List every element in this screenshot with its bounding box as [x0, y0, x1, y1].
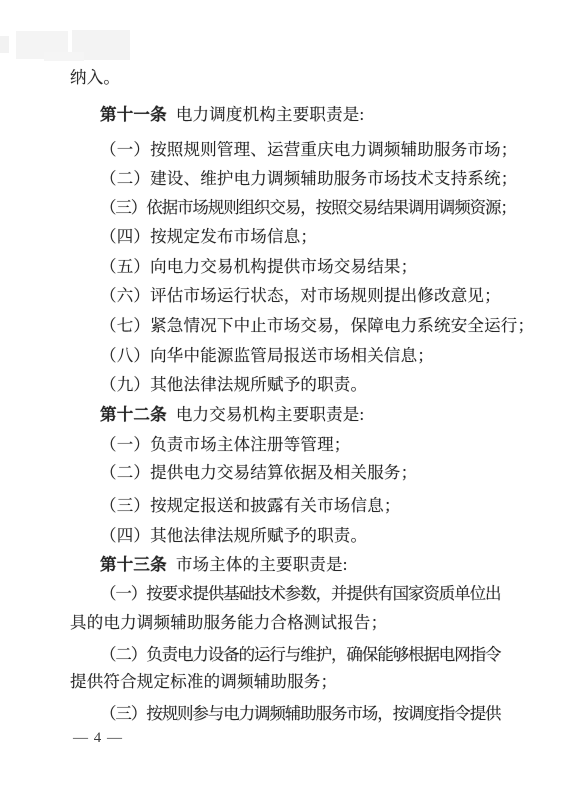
article-heading-12: 第十二条电力交易机构主要职责是:	[100, 403, 364, 426]
list-item: （二）建设、维护电力调频辅助服务市场技术支持系统；	[100, 167, 518, 190]
list-item: （一）负责市场主体注册等管理；	[100, 433, 351, 456]
article-title: 电力调度机构主要职责是:	[176, 105, 364, 124]
article-heading-11: 第十一条电力调度机构主要职责是:	[100, 103, 364, 126]
article-number: 第十一条	[100, 105, 167, 124]
list-item: （一）按要求提供基础技术参数，并提供有国家资质单位出	[100, 582, 500, 605]
paragraph-continuation: 纳入。	[70, 66, 120, 89]
list-item: （三）按规则参与电力调频辅助服务市场，按调度指令提供	[100, 702, 500, 725]
scan-artifact	[0, 36, 9, 53]
article-heading-13: 第十三条市场主体的主要职责是:	[100, 553, 348, 576]
list-item-continuation: 具的电力调频辅助服务能力合格测试报告；	[70, 611, 387, 634]
list-item: （六）评估市场运行状态，对市场规则提出修改意见；	[100, 284, 501, 307]
list-item-continuation: 提供符合规定标准的调频辅助服务；	[70, 670, 337, 693]
list-item: （四）按规定发布市场信息；	[100, 225, 317, 248]
list-item: （九）其他法律法规所赋予的职责。	[100, 373, 367, 396]
article-number: 第十三条	[100, 555, 167, 574]
scan-artifact	[44, 52, 84, 61]
article-number: 第十二条	[100, 405, 167, 424]
list-item: （三）按规定报送和披露有关市场信息；	[100, 494, 401, 517]
list-item: （二）负责电力设备的运行与维护，确保能够根据电网指令	[100, 643, 500, 666]
list-item: （八）向华中能源监管局报送市场相关信息；	[100, 344, 434, 367]
list-item: （二）提供电力交易结算依据及相关服务；	[100, 461, 417, 484]
article-title: 电力交易机构主要职责是:	[176, 405, 364, 424]
list-item: （三）依据市场规则组织交易，按照交易结果调用调频资源；	[100, 196, 516, 219]
list-item: （一）按照规则管理、运营重庆电力调频辅助服务市场；	[100, 138, 518, 161]
document-page: 纳入。 第十一条电力调度机构主要职责是: （一）按照规则管理、运营重庆电力调频辅…	[0, 0, 566, 800]
list-item: （四）其他法律法规所赋予的职责。	[100, 524, 367, 547]
list-item: （五）向电力交易机构提供市场交易结果；	[100, 255, 417, 278]
page-number: — 4 —	[73, 730, 123, 747]
article-title: 市场主体的主要职责是:	[176, 555, 348, 574]
list-item: （七）紧急情况下中止市场交易，保障电力系统安全运行；	[100, 314, 534, 337]
